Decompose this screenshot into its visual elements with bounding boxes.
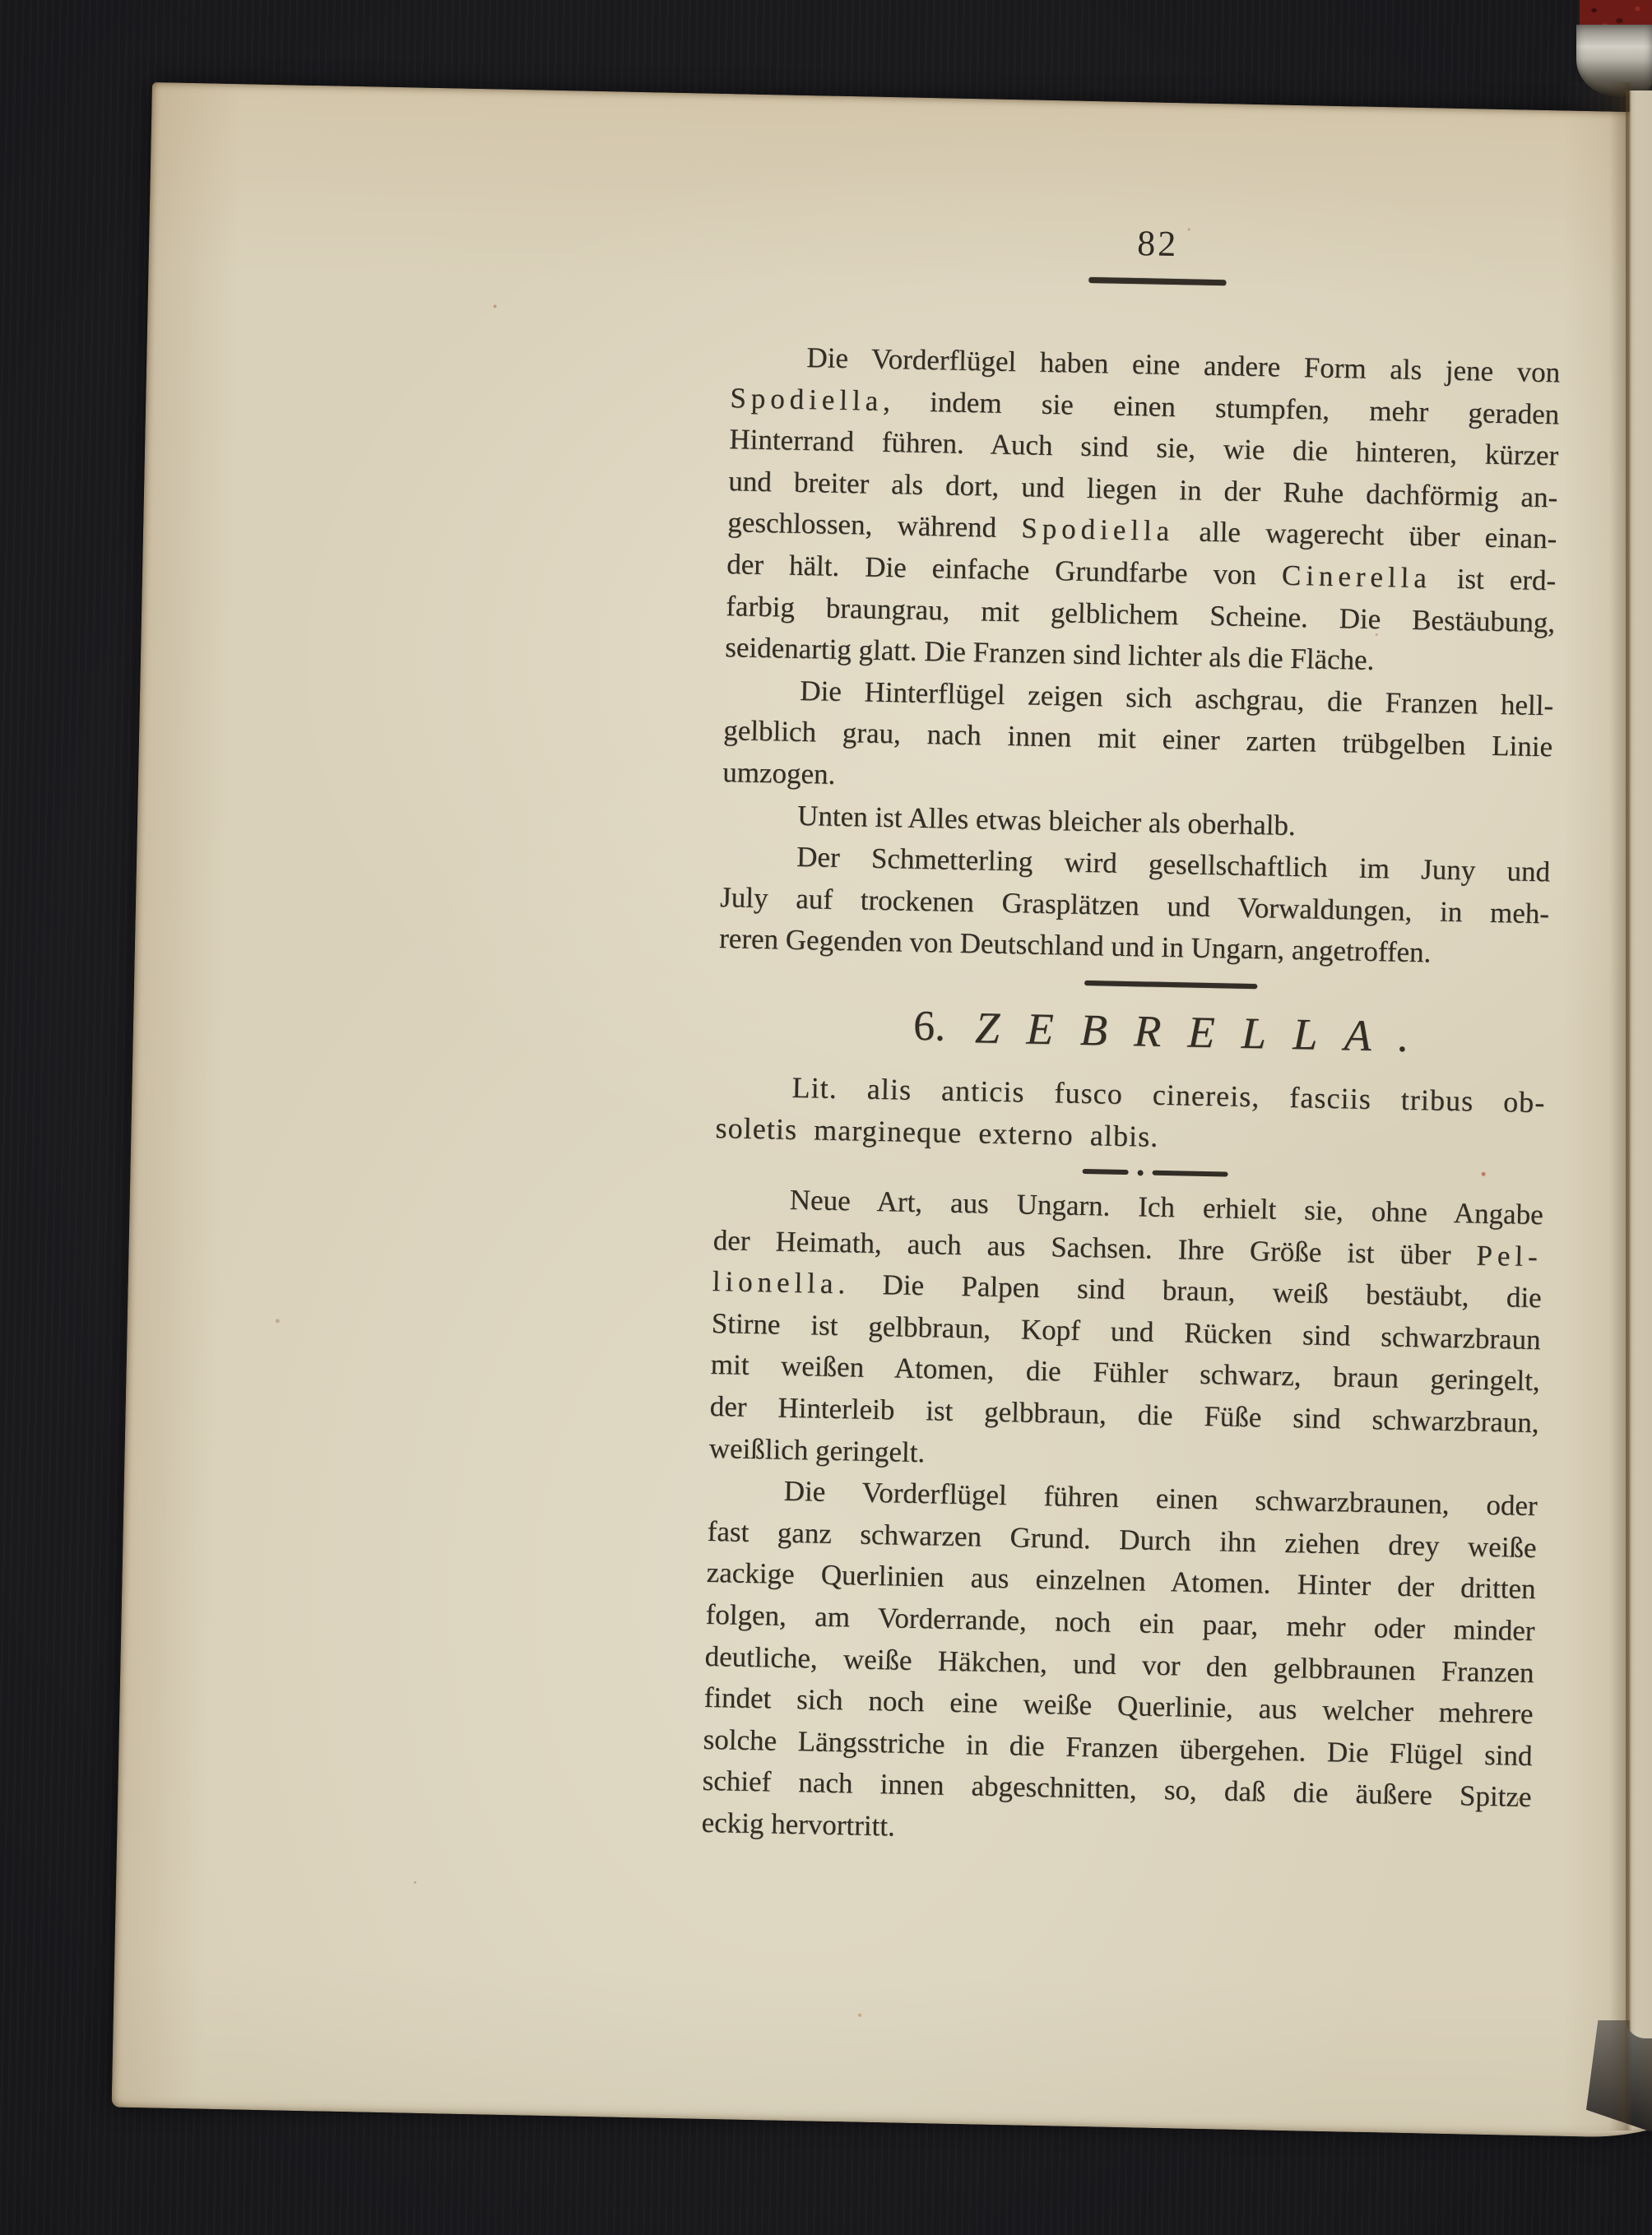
foxing-speck — [276, 1319, 280, 1323]
separator-dash — [1083, 1169, 1129, 1175]
species-name: Pel- — [1476, 1239, 1543, 1273]
page-number-rule — [1088, 277, 1226, 285]
separator-dot — [1138, 1170, 1144, 1175]
line-text: umzogen. — [722, 756, 836, 791]
species-name: lionella — [712, 1265, 838, 1300]
headband — [1576, 25, 1652, 97]
line-text: alle wagerecht über einan- — [1174, 515, 1557, 554]
gutter-page-edge — [1626, 90, 1652, 2038]
line-text: geschlossen, während — [727, 507, 1022, 545]
foxing-speck — [1376, 633, 1378, 636]
heading-period: . — [1398, 1011, 1410, 1062]
dash-dot-separator — [1083, 1167, 1231, 1179]
page-number: 82 — [1092, 221, 1224, 266]
book-photo-scene: 82 Die Vorderflügel haben eine andere Fo… — [0, 0, 1652, 2235]
line-text: eckig hervortritt. — [701, 1806, 895, 1843]
line-text: soletis margineque externo albis. — [715, 1111, 1159, 1153]
line-text: seidenartig glatt. Die Franzen sind lich… — [725, 631, 1375, 676]
species-name: Spodiella — [730, 382, 884, 417]
line-text: Unten ist Alles etwas bleicher als oberh… — [797, 799, 1296, 841]
foxing-speck — [494, 304, 497, 308]
foxing-speck — [858, 2014, 861, 2017]
species-name-heading: ZEBRELLA — [975, 1002, 1399, 1061]
foxing-speck — [1188, 228, 1190, 230]
line-text: der hält. Die einfache Grundfarbe von — [726, 548, 1282, 591]
section-separator-rule — [1084, 981, 1257, 989]
line-text: ist erd- — [1431, 562, 1556, 596]
foxing-speck — [1482, 1172, 1486, 1176]
species-name: Cinerella — [1282, 559, 1432, 595]
foxing-speck — [414, 1881, 416, 1884]
text-flow: Die Vorderflügel haben eine andere Form … — [701, 336, 1561, 1860]
species-name: Spodiella — [1021, 512, 1175, 548]
species-number: 6. — [913, 1002, 946, 1051]
line-text: weißlich geringelt. — [708, 1432, 925, 1468]
separator-dash — [1153, 1171, 1228, 1177]
book-page: 82 Die Vorderflügel haben eine andere Fo… — [112, 82, 1652, 2140]
